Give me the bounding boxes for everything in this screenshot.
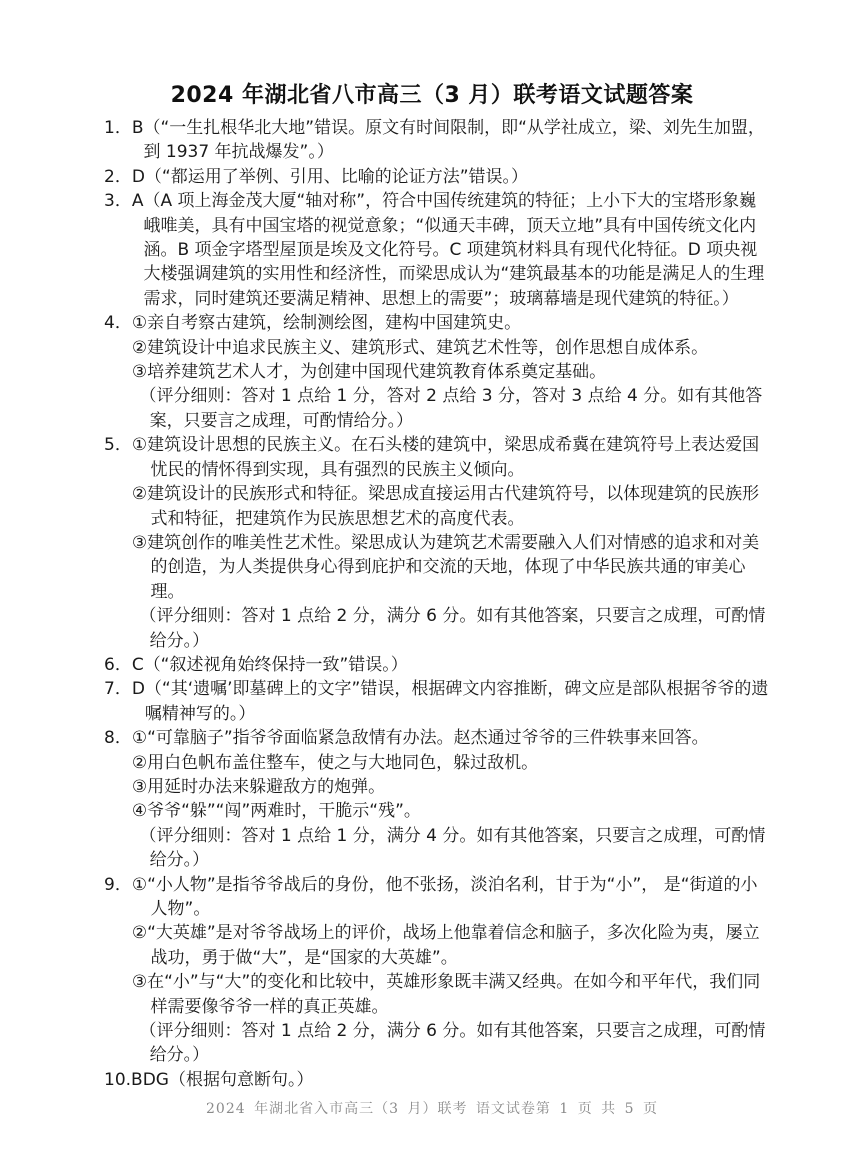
- answer-4: 4． ①亲自考察古建筑，绘制测绘图，建构中国建筑史。 ②建筑设计中追求民族主义、…: [104, 311, 772, 433]
- answer-point: ③建筑创作的唯美性艺术性。梁思成认为建筑艺术需要融入人们对情感的追求和对美的创造…: [132, 531, 772, 604]
- answer-number: 10.BDG: [104, 1068, 169, 1092]
- answer-number: 8．: [104, 726, 132, 872]
- answer-point: ①“小人物”是指爷爷战后的身份，他不张扬，淡泊名利，甘于为“小”， 是“街道的小…: [132, 873, 772, 922]
- answer-number: 1．B: [104, 116, 143, 165]
- scoring-rubric: （评分细则：答对 1 点给 2 分，满分 6 分。如有其他答案，只要言之成理，可…: [132, 1019, 772, 1068]
- answer-1: 1．B （“一生扎根华北大地”错误。原文有时间限制，即“从学社成立，梁、刘先生加…: [104, 116, 772, 165]
- answer-6: 6．C （“叙述视角始终保持一致”错误。）: [104, 653, 772, 677]
- answer-point: ②建筑设计的民族形式和特征。梁思成直接运用古代建筑符号，以体现建筑的民族形式和特…: [132, 482, 772, 531]
- answer-number: 5．: [104, 433, 132, 653]
- answer-explanation: （“叙述视角始终保持一致”错误。）: [144, 653, 772, 677]
- answer-point: ④爷爷“躲”“闯”两难时，干脆示“残”。: [132, 799, 772, 823]
- answer-point: ②“大英雄”是对爷爷战场上的评价，战场上他靠着信念和脑子，多次化险为夷，屡立战功…: [132, 921, 772, 970]
- answer-number: 4．: [104, 311, 132, 433]
- answer-9: 9． ①“小人物”是指爷爷战后的身份，他不张扬，淡泊名利，甘于为“小”， 是“街…: [104, 873, 772, 1068]
- answer-number: 9．: [104, 873, 132, 1068]
- answer-number: 7．D: [104, 677, 145, 726]
- page-footer: 2024 年湖北省入市高三（3 月）联考 语文试卷第 1 页 共 5 页: [0, 1098, 864, 1118]
- answer-list: 1．B （“一生扎根华北大地”错误。原文有时间限制，即“从学社成立，梁、刘先生加…: [104, 116, 772, 1092]
- answer-explanation: （A 项上海金茂大厦“轴对称”，符合中国传统建筑的特征；上小下大的宝塔形象巍峨唯…: [143, 189, 772, 311]
- answer-10: 10.BDG （根据句意断句。）: [104, 1068, 772, 1092]
- scoring-rubric: （评分细则：答对 1 点给 2 分，满分 6 分。如有其他答案，只要言之成理，可…: [132, 604, 772, 653]
- answer-explanation: （“都运用了举例、引用、比喻的论证方法”错误。）: [145, 165, 772, 189]
- answer-number: 6．C: [104, 653, 144, 677]
- answer-3: 3．A （A 项上海金茂大厦“轴对称”，符合中国传统建筑的特征；上小下大的宝塔形…: [104, 189, 772, 311]
- answer-8: 8． ①“可靠脑子”指爷爷面临紧急敌情有办法。赵杰通过爷爷的三件轶事来回答。 ②…: [104, 726, 772, 872]
- answer-point: ②建筑设计中追求民族主义、建筑形式、建筑艺术性等，创作思想自成体系。: [132, 336, 772, 360]
- answer-5: 5． ①建筑设计思想的民族主义。在石头楼的建筑中，梁思成希冀在建筑符号上表达爱国…: [104, 433, 772, 653]
- scoring-rubric: （评分细则：答对 1 点给 1 分，答对 2 点给 3 分，答对 3 点给 4 …: [132, 384, 772, 433]
- answer-7: 7．D （“其‘遗嘱’即墓碑上的文字”错误，根据碑文内容推断，碑文应是部队根据爷…: [104, 677, 772, 726]
- answer-2: 2．D （“都运用了举例、引用、比喻的论证方法”错误。）: [104, 165, 772, 189]
- answer-point: ②用白色帆布盖住整车，使之与大地同色，躲过敌机。: [132, 751, 772, 775]
- answer-number: 3．A: [104, 189, 143, 311]
- answer-point: ③用延时办法来躲避敌方的炮弹。: [132, 775, 772, 799]
- answer-point: ③培养建筑艺术人才，为创建中国现代建筑教育体系奠定基础。: [132, 360, 772, 384]
- answer-explanation: （“一生扎根华北大地”错误。原文有时间限制，即“从学社成立，梁、刘先生加盟，到 …: [143, 116, 772, 165]
- answer-explanation: （“其‘遗嘱’即墓碑上的文字”错误，根据碑文内容推断，碑文应是部队根据爷爷的遗嘱…: [145, 677, 772, 726]
- answer-point: ③在“小”与“大”的变化和比较中，英雄形象既丰满又经典。在如今和平年代，我们同样…: [132, 970, 772, 1019]
- answer-point: ①建筑设计思想的民族主义。在石头楼的建筑中，梁思成希冀在建筑符号上表达爱国忧民的…: [132, 433, 772, 482]
- page-title: 2024 年湖北省八市高三（3 月）联考语文试题答案: [0, 78, 864, 109]
- answer-point: ①亲自考察古建筑，绘制测绘图，建构中国建筑史。: [132, 311, 772, 335]
- answer-number: 2．D: [104, 165, 145, 189]
- answer-point: ①“可靠脑子”指爷爷面临紧急敌情有办法。赵杰通过爷爷的三件轶事来回答。: [132, 726, 772, 750]
- answer-explanation: （根据句意断句。）: [169, 1068, 772, 1092]
- scoring-rubric: （评分细则：答对 1 点给 1 分，满分 4 分。如有其他答案，只要言之成理，可…: [132, 824, 772, 873]
